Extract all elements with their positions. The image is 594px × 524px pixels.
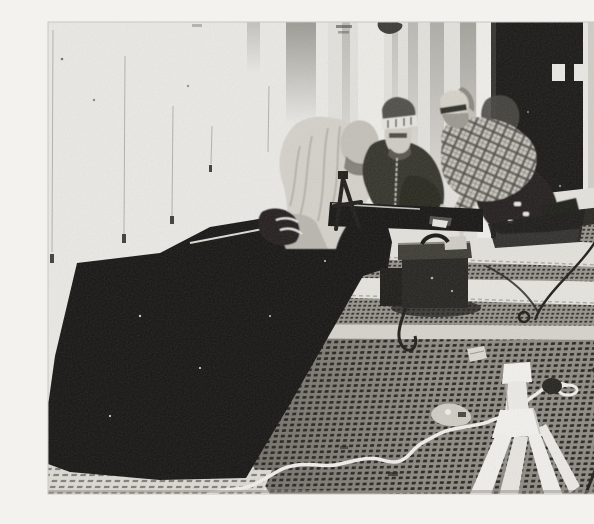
film-grain-overlay <box>48 22 594 494</box>
photo-frame: Black-and-white scanned photograph: thre… <box>40 16 594 508</box>
photo: Black-and-white scanned photograph: thre… <box>40 16 594 508</box>
photo-bottom-smudge <box>48 490 594 493</box>
